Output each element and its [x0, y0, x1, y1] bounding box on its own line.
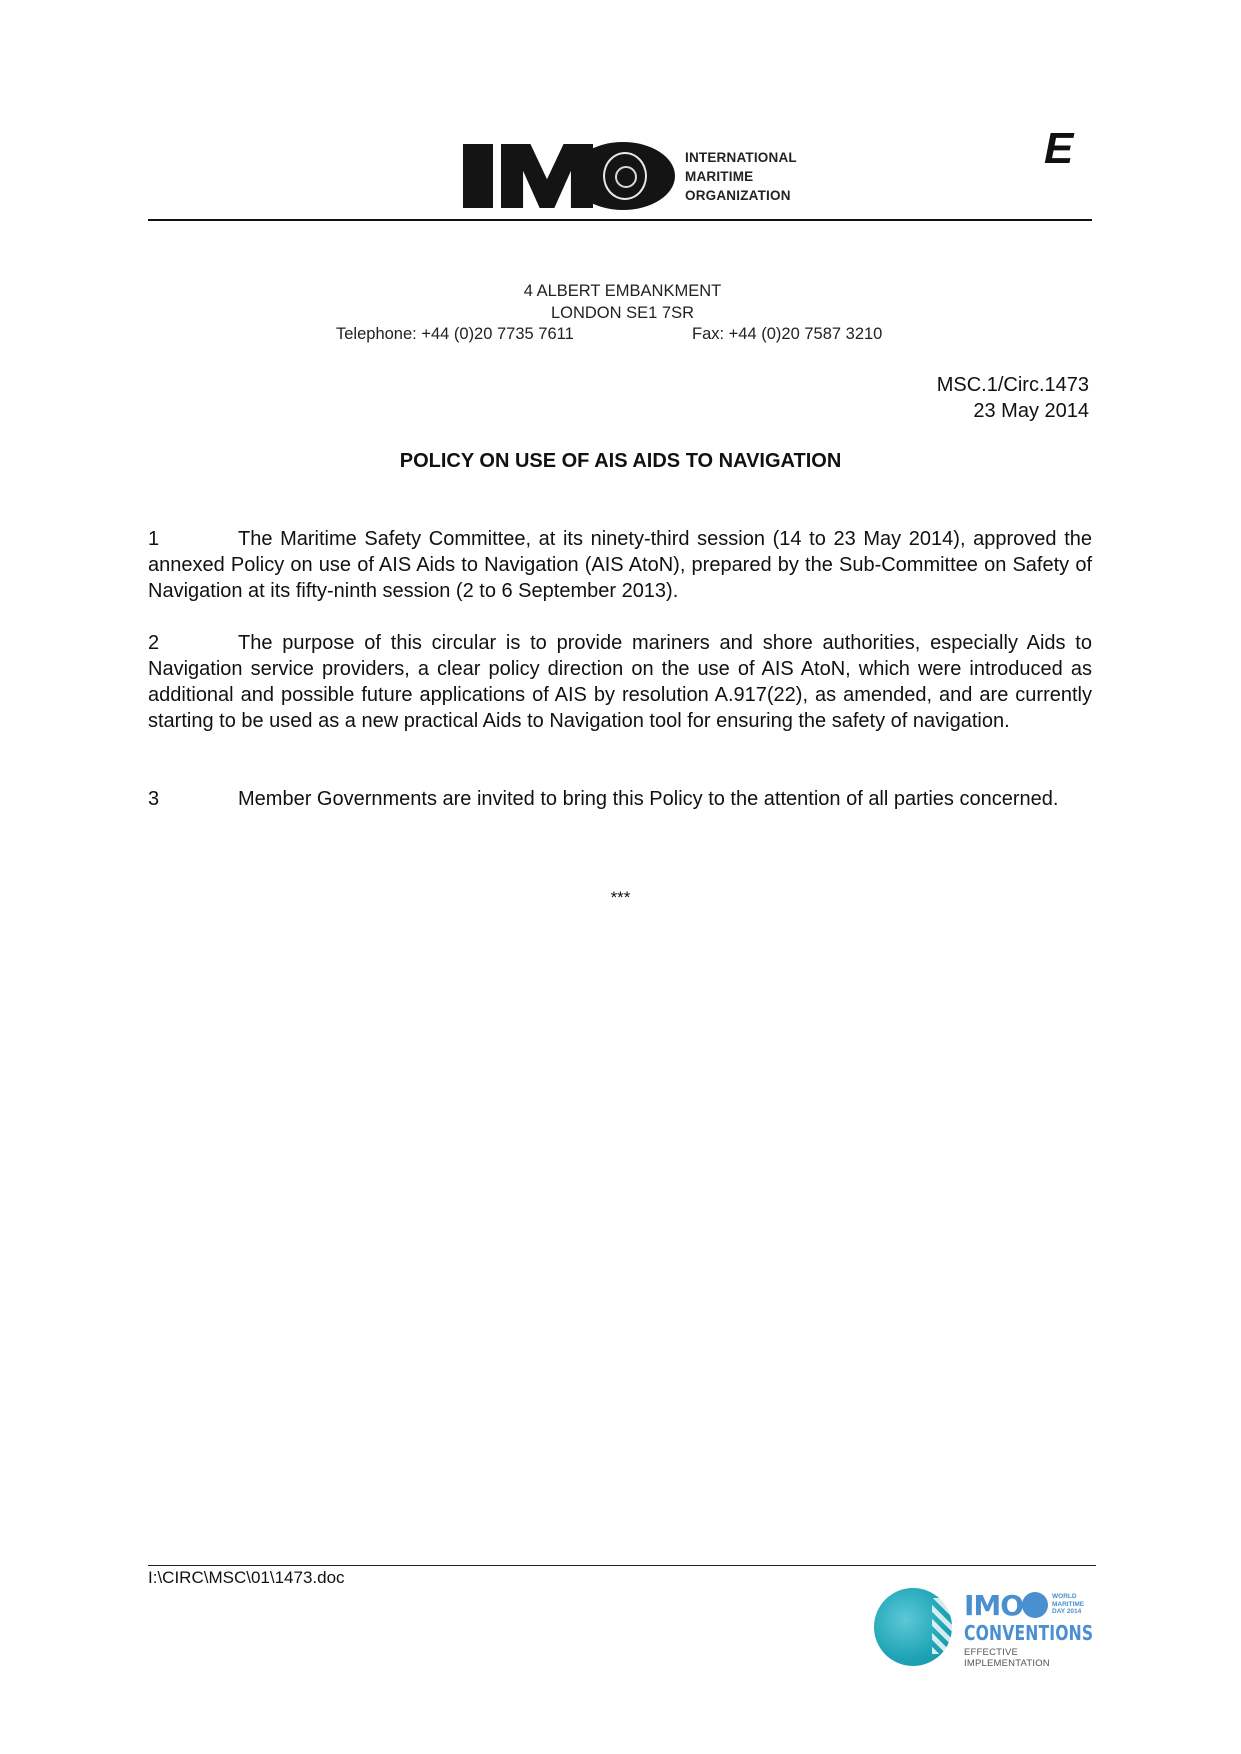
telephone: Telephone: +44 (0)20 7735 7611 — [336, 323, 574, 345]
un-laurel-emblem-icon — [603, 152, 647, 200]
org-name-line: MARITIME — [685, 167, 797, 186]
paragraph-1: 1The Maritime Safety Committee, at its n… — [148, 526, 1092, 604]
imo-logo: INTERNATIONAL MARITIME ORGANIZATION — [463, 140, 797, 212]
imo-logo-mark — [463, 140, 675, 212]
wmd-line: WORLD — [1052, 1593, 1084, 1601]
paragraph-2: 2The purpose of this circular is to prov… — [148, 630, 1092, 734]
conventions-tagline: EFFECTIVE IMPLEMENTATION — [964, 1647, 1094, 1669]
puzzle-globe-icon — [874, 1588, 952, 1666]
fax: Fax: +44 (0)20 7587 3210 — [692, 323, 882, 345]
conventions-text: CONVENTIONS — [964, 1622, 1093, 1644]
conventions-imo-text: IMO — [964, 1592, 1023, 1620]
org-name-line: INTERNATIONAL — [685, 148, 797, 167]
wmd-line: DAY 2014 — [1052, 1608, 1084, 1616]
document-symbol: MSC.1/Circ.1473 — [937, 372, 1089, 398]
document-date: 23 May 2014 — [973, 398, 1089, 424]
file-path: I:\CIRC\MSC\01\1473.doc — [148, 1568, 345, 1588]
section-separator: *** — [0, 888, 1241, 908]
org-name-line: ORGANIZATION — [685, 186, 797, 205]
paragraph-text: The Maritime Safety Committee, at its ni… — [148, 528, 1092, 602]
un-seal-icon — [1022, 1592, 1048, 1618]
imo-conventions-logo: IMO WORLD MARITIME DAY 2014 CONVENTIONS … — [874, 1586, 1094, 1668]
paragraph-number: 1 — [148, 526, 238, 552]
wmd-line: MARITIME — [1052, 1601, 1084, 1609]
paragraph-number: 2 — [148, 630, 238, 656]
paragraph-3: 3Member Governments are invited to bring… — [148, 786, 1092, 812]
document-title: POLICY ON USE OF AIS AIDS TO NAVIGATION — [0, 450, 1241, 473]
organization-name: INTERNATIONAL MARITIME ORGANIZATION — [685, 148, 797, 205]
language-code: E — [1044, 124, 1073, 174]
paragraph-text: The purpose of this circular is to provi… — [148, 632, 1092, 732]
header-divider — [148, 219, 1092, 221]
paragraph-number: 3 — [148, 786, 238, 812]
address-street: 4 ALBERT EMBANKMENT — [2, 280, 1241, 302]
logo-letter-i — [463, 144, 493, 208]
address-city: LONDON SE1 7SR — [2, 302, 1241, 324]
paragraph-text: Member Governments are invited to bring … — [238, 788, 1058, 810]
footer-divider — [148, 1565, 1096, 1566]
world-maritime-day: WORLD MARITIME DAY 2014 — [1052, 1593, 1084, 1616]
